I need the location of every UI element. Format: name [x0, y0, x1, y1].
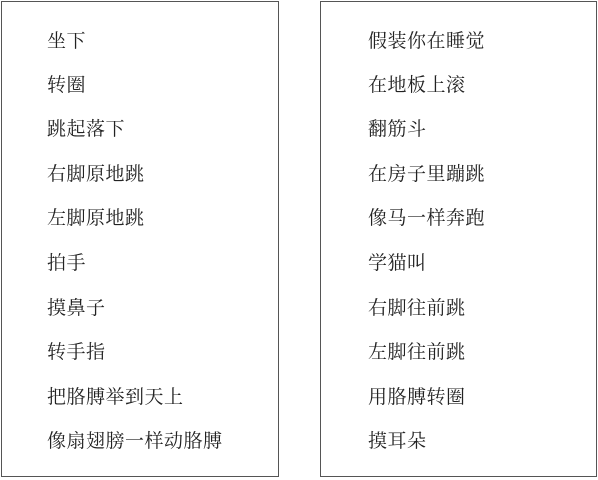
- list-item: 假装你在睡觉: [368, 29, 485, 53]
- list-item: 左脚原地跳: [47, 206, 145, 230]
- list-item: 在房子里蹦跳: [368, 162, 485, 186]
- right-action-list: 假装你在睡觉 在地板上滚 翻筋斗 在房子里蹦跳 像马一样奔跑 学猫叫 右脚往前跳…: [320, 1, 597, 477]
- list-item: 跳起落下: [47, 117, 125, 141]
- list-item: 左脚往前跳: [368, 340, 466, 364]
- list-item: 坐下: [47, 29, 86, 53]
- list-item: 转圈: [47, 73, 86, 97]
- list-item: 学猫叫: [368, 251, 427, 275]
- list-item: 翻筋斗: [368, 117, 427, 141]
- list-item: 摸鼻子: [47, 296, 106, 320]
- list-item: 像扇翅膀一样动胳膊: [47, 429, 223, 453]
- list-item: 在地板上滚: [368, 73, 466, 97]
- list-item: 用胳膊转圈: [368, 385, 466, 409]
- list-item: 把胳膊举到天上: [47, 385, 184, 409]
- left-action-list: 坐下 转圈 跳起落下 右脚原地跳 左脚原地跳 拍手 摸鼻子 转手指 把胳膊举到天…: [1, 1, 279, 477]
- list-item: 右脚原地跳: [47, 162, 145, 186]
- list-item: 摸耳朵: [368, 429, 427, 453]
- list-item: 像马一样奔跑: [368, 206, 485, 230]
- list-item: 拍手: [47, 251, 86, 275]
- list-item: 右脚往前跳: [368, 296, 466, 320]
- list-item: 转手指: [47, 340, 106, 364]
